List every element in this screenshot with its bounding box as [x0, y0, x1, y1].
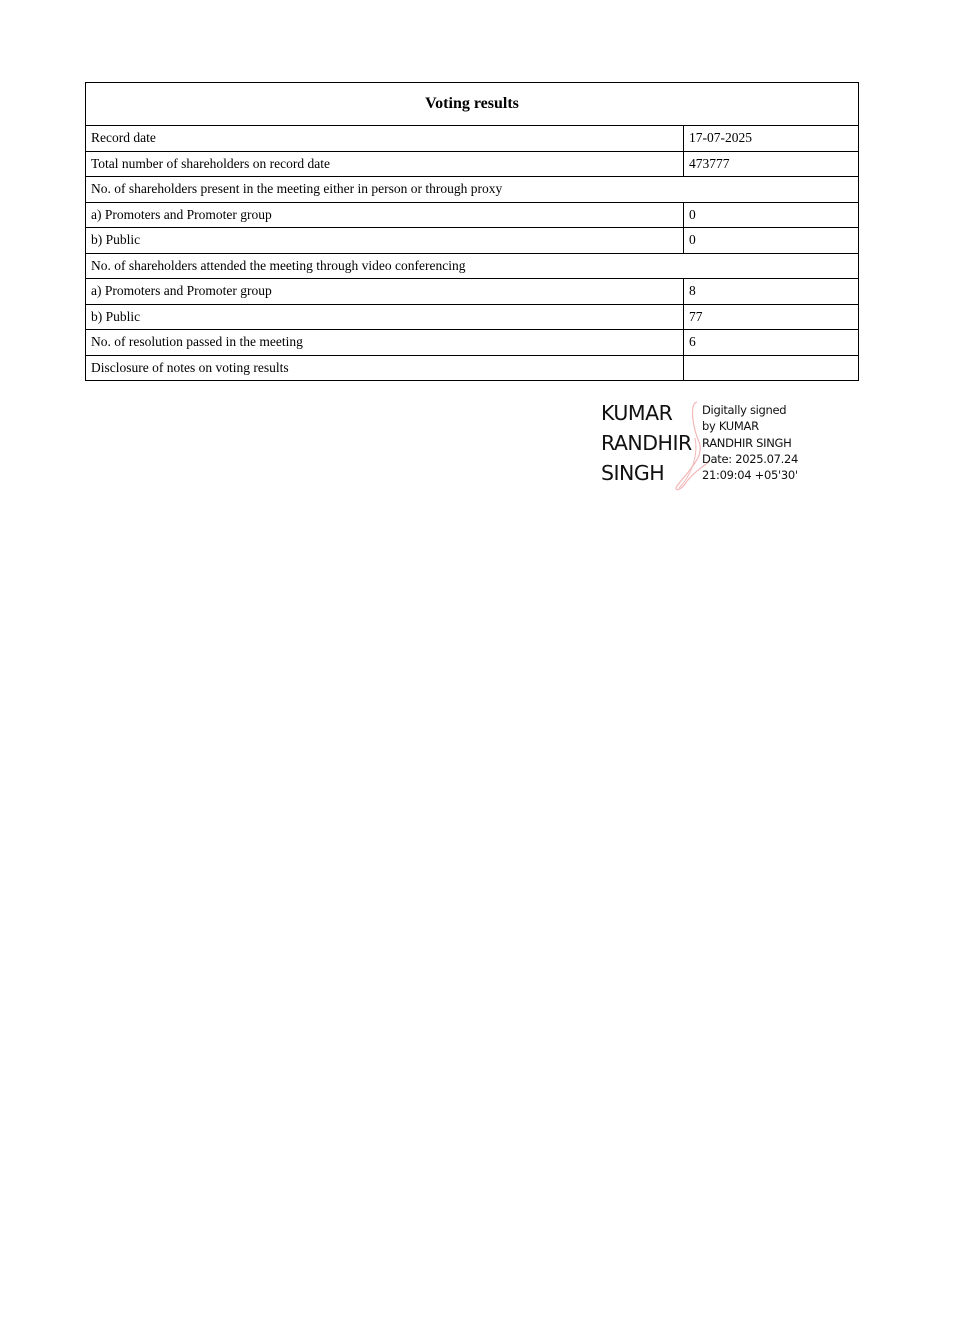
signature-detail-line: RANDHIR SINGH [702, 435, 798, 451]
row-label: Record date [86, 126, 684, 152]
row-label: Disclosure of notes on voting results [86, 355, 684, 381]
row-value: 8 [684, 279, 859, 305]
row-label: a) Promoters and Promoter group [86, 202, 684, 228]
table-title-row: Voting results [86, 83, 859, 126]
row-value: 77 [684, 304, 859, 330]
table-row: No. of resolution passed in the meeting … [86, 330, 859, 356]
table-title: Voting results [86, 83, 859, 126]
row-label: No. of resolution passed in the meeting [86, 330, 684, 356]
signer-name: KUMAR RANDHIR SINGH [601, 398, 692, 488]
signer-name-line: SINGH [601, 458, 692, 488]
voting-results-table: Voting results Record date 17-07-2025 To… [85, 82, 859, 381]
signature-detail-line: Digitally signed [702, 402, 798, 418]
row-label: b) Public [86, 304, 684, 330]
signer-name-line: RANDHIR [601, 428, 692, 458]
signature-details: Digitally signed by KUMAR RANDHIR SINGH … [702, 402, 798, 483]
digital-signature[interactable]: KUMAR RANDHIR SINGH Digitally signed by … [601, 398, 821, 493]
section-label: No. of shareholders attended the meeting… [86, 253, 859, 279]
table-section-row: No. of shareholders attended the meeting… [86, 253, 859, 279]
row-label: a) Promoters and Promoter group [86, 279, 684, 305]
table-row: a) Promoters and Promoter group 0 [86, 202, 859, 228]
table-row: Record date 17-07-2025 [86, 126, 859, 152]
table-row: a) Promoters and Promoter group 8 [86, 279, 859, 305]
signature-time: 21:09:04 +05'30' [702, 467, 798, 483]
table-row: b) Public 77 [86, 304, 859, 330]
row-label: Total number of shareholders on record d… [86, 151, 684, 177]
row-value: 473777 [684, 151, 859, 177]
row-value: 17-07-2025 [684, 126, 859, 152]
row-label: b) Public [86, 228, 684, 254]
row-value [684, 355, 859, 381]
table-section-row: No. of shareholders present in the meeti… [86, 177, 859, 203]
table-row: Disclosure of notes on voting results [86, 355, 859, 381]
table-row: Total number of shareholders on record d… [86, 151, 859, 177]
section-label: No. of shareholders present in the meeti… [86, 177, 859, 203]
table-row: b) Public 0 [86, 228, 859, 254]
signature-date: Date: 2025.07.24 [702, 451, 798, 467]
row-value: 0 [684, 228, 859, 254]
signer-name-line: KUMAR [601, 398, 692, 428]
row-value: 6 [684, 330, 859, 356]
signature-detail-line: by KUMAR [702, 418, 798, 434]
row-value: 0 [684, 202, 859, 228]
